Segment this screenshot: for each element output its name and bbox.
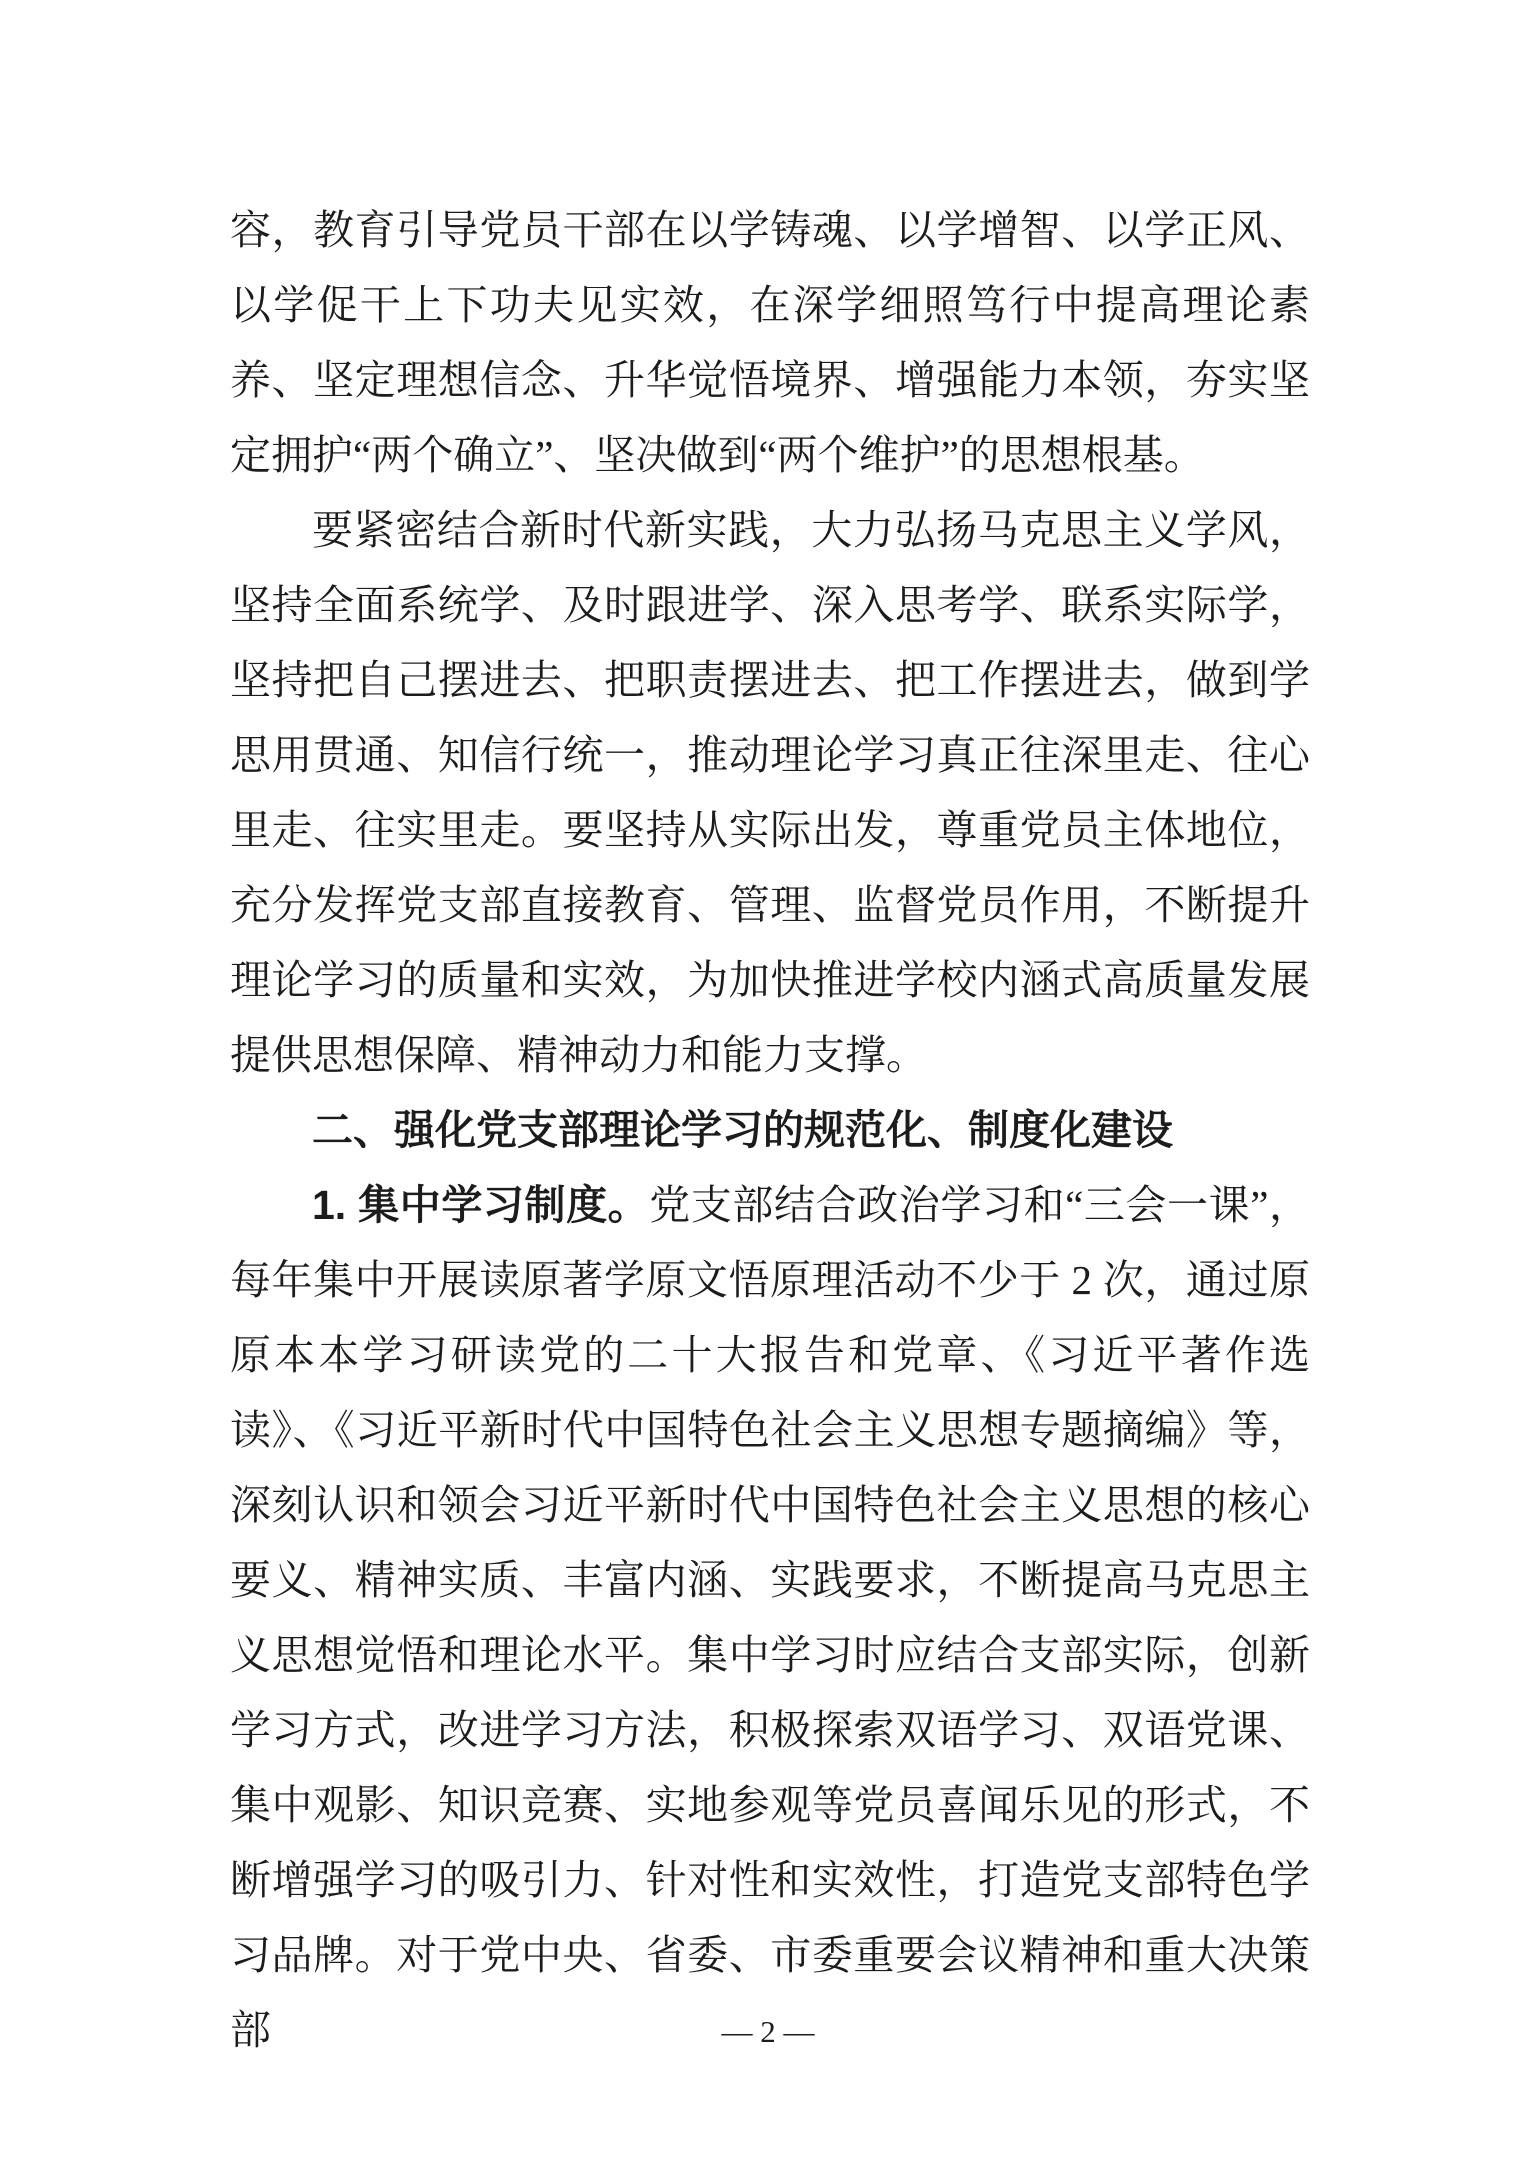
page-number: — 2 — [0,2012,1536,2052]
paragraph-numbered-text: 党支部结合政治学习和“三会一课”，每年集中开展读原著学原文悟原理活动不少于 2 … [230,1182,1310,2053]
document-body: 容，教育引导党员干部在以学铸魂、以学增智、以学正风、以学促干上下功夫见实效，在深… [230,193,1310,2068]
paragraph-number-lead: 1. 集中学习制度。 [312,1182,649,1228]
paragraph-continuation: 容，教育引导党员干部在以学铸魂、以学增智、以学正风、以学促干上下功夫见实效，在深… [230,193,1310,493]
document-page: 容，教育引导党员干部在以学铸魂、以学增智、以学正风、以学促干上下功夫见实效，在深… [0,0,1536,2174]
paragraph-body: 要紧密结合新时代新实践，大力弘扬马克思主义学风，坚持全面系统学、及时跟进学、深入… [230,493,1310,1093]
paragraph-numbered-1: 1. 集中学习制度。党支部结合政治学习和“三会一课”，每年集中开展读原著学原文悟… [230,1168,1310,2068]
section-heading: 二、强化党支部理论学习的规范化、制度化建设 [230,1093,1310,1168]
